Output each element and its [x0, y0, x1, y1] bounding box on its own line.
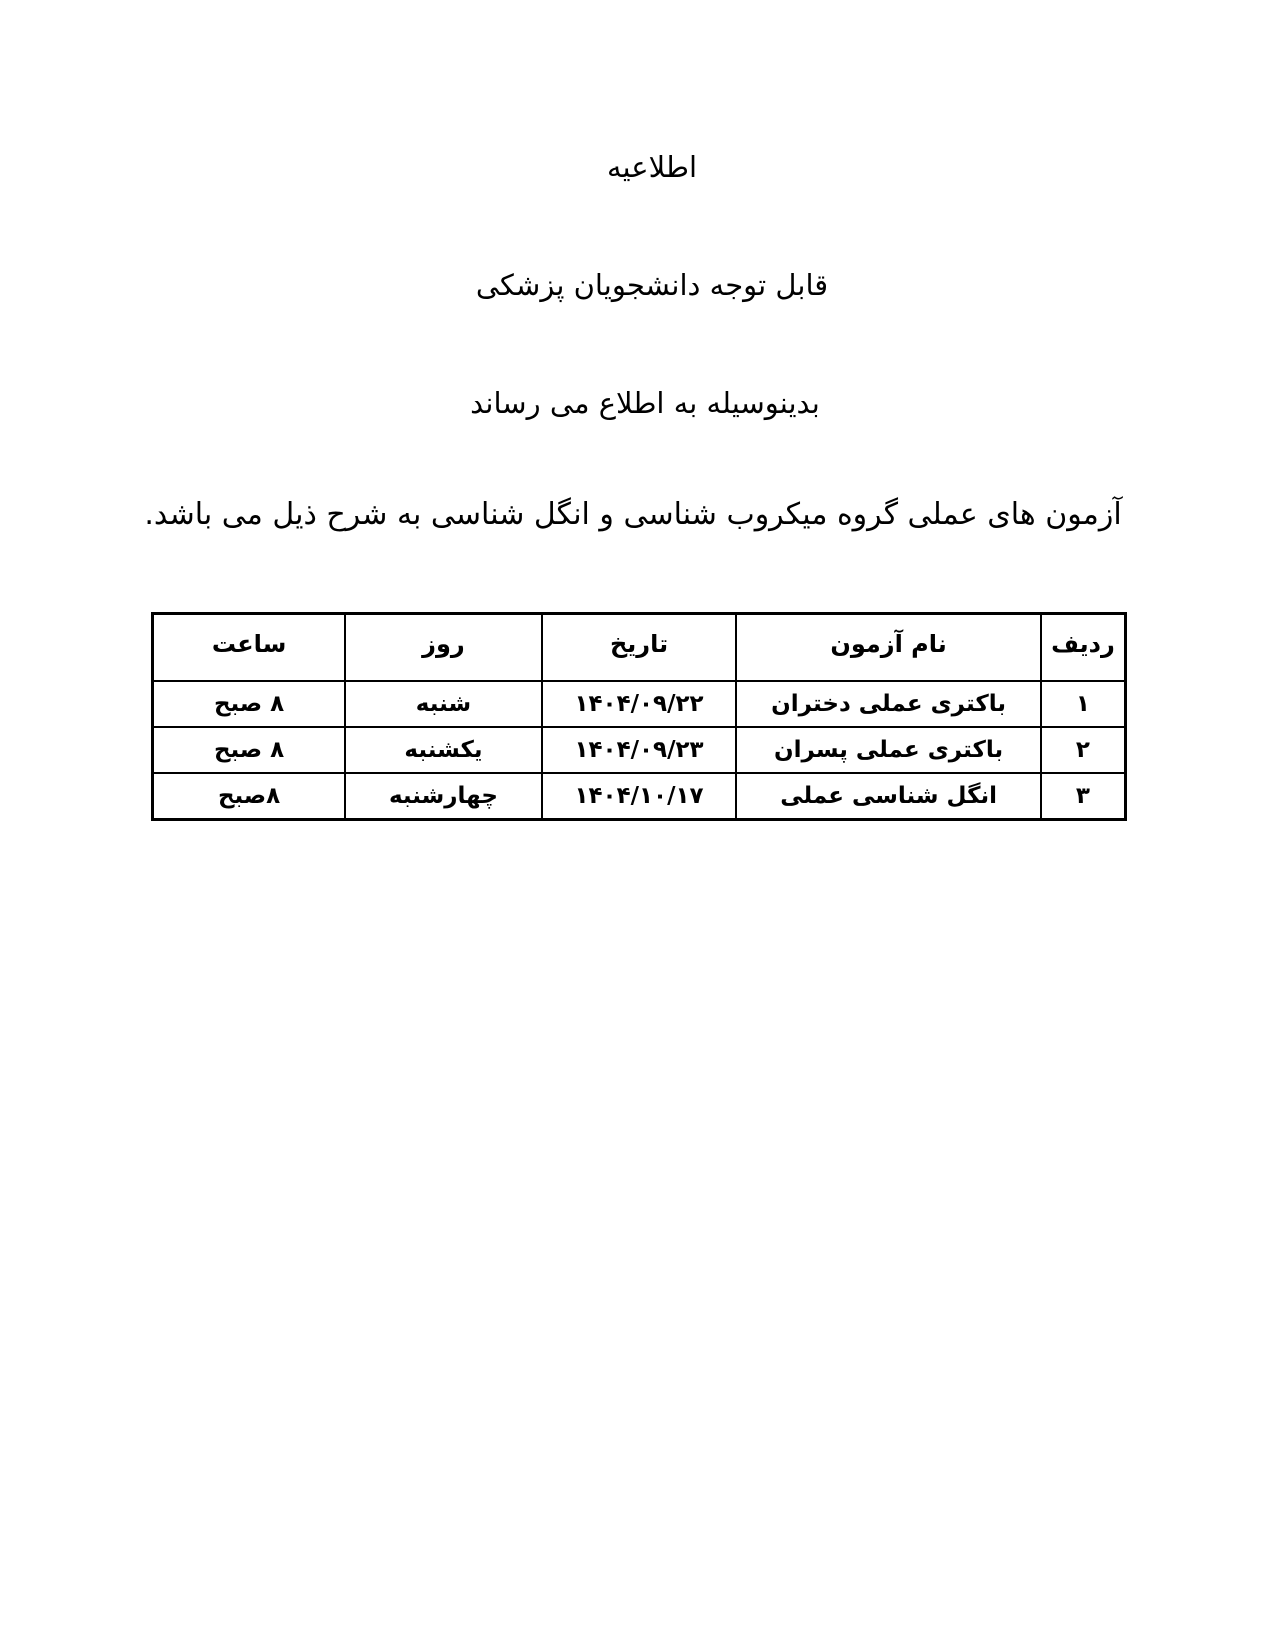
cell-day: یکشنبه: [345, 727, 542, 773]
document-page: اطلاعیه قابل توجه دانشجویان پزشکی بدینوس…: [0, 0, 1275, 1650]
cell-date: ۱۴۰۴/۰۹/۲۳: [542, 727, 737, 773]
table-row: ۲ باکتری عملی پسران ۱۴۰۴/۰۹/۲۳ یکشنبه ۸ …: [153, 727, 1126, 773]
table-row: ۳ انگل شناسی عملی ۱۴۰۴/۱۰/۱۷ چهارشنبه ۸ص…: [153, 773, 1126, 820]
cell-exam-name: باکتری عملی دختران: [736, 681, 1041, 727]
notice-line: بدینوسیله به اطلاع می رساند: [470, 386, 820, 421]
cell-time: ۸ صبح: [153, 681, 346, 727]
cell-exam-name: باکتری عملی پسران: [736, 727, 1041, 773]
announcement-title: اطلاعیه: [607, 150, 697, 185]
exam-schedule-table: ردیف نام آزمون تاریخ روز ساعت ۱ باکتری ع…: [151, 612, 1127, 821]
cell-day: چهارشنبه: [345, 773, 542, 820]
cell-day: شنبه: [345, 681, 542, 727]
attention-line: قابل توجه دانشجویان پزشکی: [476, 268, 828, 303]
header-cell-date: تاریخ: [542, 614, 737, 682]
description-line: آزمون های عملی گروه میکروب شناسی و انگل …: [144, 497, 1121, 533]
cell-time: ۸صبح: [153, 773, 346, 820]
cell-row-number: ۱: [1041, 681, 1126, 727]
cell-time: ۸ صبح: [153, 727, 346, 773]
cell-date: ۱۴۰۴/۰۹/۲۲: [542, 681, 737, 727]
header-cell-exam-name: نام آزمون: [736, 614, 1041, 682]
cell-exam-name: انگل شناسی عملی: [736, 773, 1041, 820]
header-cell-day: روز: [345, 614, 542, 682]
cell-date: ۱۴۰۴/۱۰/۱۷: [542, 773, 737, 820]
header-cell-row-number: ردیف: [1041, 614, 1126, 682]
table-header-row: ردیف نام آزمون تاریخ روز ساعت: [153, 614, 1126, 682]
cell-row-number: ۳: [1041, 773, 1126, 820]
table-row: ۱ باکتری عملی دختران ۱۴۰۴/۰۹/۲۲ شنبه ۸ ص…: [153, 681, 1126, 727]
cell-row-number: ۲: [1041, 727, 1126, 773]
header-cell-time: ساعت: [153, 614, 346, 682]
